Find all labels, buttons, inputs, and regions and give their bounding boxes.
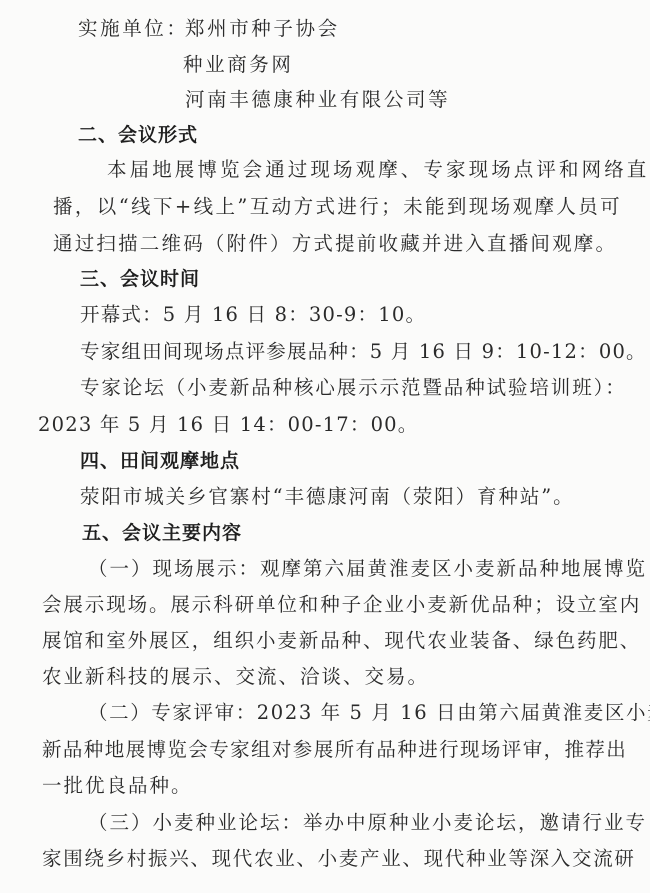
paragraph-line: 一批优良品种。 — [42, 773, 193, 799]
organizer-unit: 郑州市种子协会 — [185, 16, 340, 42]
organizers-label: 实施单位： — [78, 16, 189, 42]
paragraph-line: 通过扫描二维码（附件）方式提前收藏并进入直播间观摩。 — [53, 231, 617, 257]
schedule-forum-time: 2023 年 5 月 16 日 14：00-17：00。 — [38, 412, 418, 438]
paragraph-line: 农业新科技的展示、交流、洽谈、交易。 — [42, 664, 429, 690]
paragraph-line: （二）专家评审：2023 年 5 月 16 日由第六届黄淮麦区小麦 — [88, 700, 650, 726]
paragraph-line: 会展示现场。展示科研单位和种子企业小麦新优品种；设立室内 — [42, 592, 641, 618]
section-heading-format: 二、会议形式 — [78, 122, 198, 148]
section-heading-time: 三、会议时间 — [80, 266, 200, 292]
paragraph-line: 展馆和室外展区，组织小麦新品种、现代农业装备、绿色药肥、 — [42, 628, 641, 654]
organizer-unit: 种业商务网 — [183, 52, 294, 78]
section-heading-content: 五、会议主要内容 — [82, 520, 242, 546]
section-heading-location: 四、田间观摩地点 — [80, 448, 240, 474]
schedule-field-review: 专家组田间现场点评参展品种：5 月 16 日 9：10-12：00。 — [80, 339, 647, 365]
organizer-unit: 河南丰德康种业有限公司等 — [185, 87, 450, 113]
paragraph-line: （一）现场展示：观摩第六届黄淮麦区小麦新品种地展博览 — [88, 556, 647, 582]
paragraph-line: 新品种地展博览会专家组对参展所有品种进行现场评审，推荐出 — [42, 737, 627, 763]
location-address: 荥阳市城关乡官寨村“丰德康河南（荥阳）育种站”。 — [80, 484, 575, 510]
schedule-opening: 开幕式：5 月 16 日 8：30-9：10。 — [80, 302, 426, 328]
schedule-forum: 专家论坛（小麦新品种核心展示示范暨品种试验培训班）： — [80, 375, 627, 401]
paragraph-line: 本届地展博览会通过现场观摩、专家现场点评和网络直 — [107, 157, 649, 183]
paragraph-line: （三）小麦种业论坛：举办中原种业小麦论坛，邀请行业专 — [88, 810, 647, 836]
paragraph-line: 家围绕乡村振兴、现代农业、小麦产业、现代种业等深入交流研 — [42, 846, 636, 872]
document-page: 实施单位： 郑州市种子协会 种业商务网 河南丰德康种业有限公司等 二、会议形式 … — [0, 0, 650, 893]
paragraph-line: 播，以“线下+线上”互动方式进行；未能到现场观摩人员可 — [53, 194, 622, 220]
